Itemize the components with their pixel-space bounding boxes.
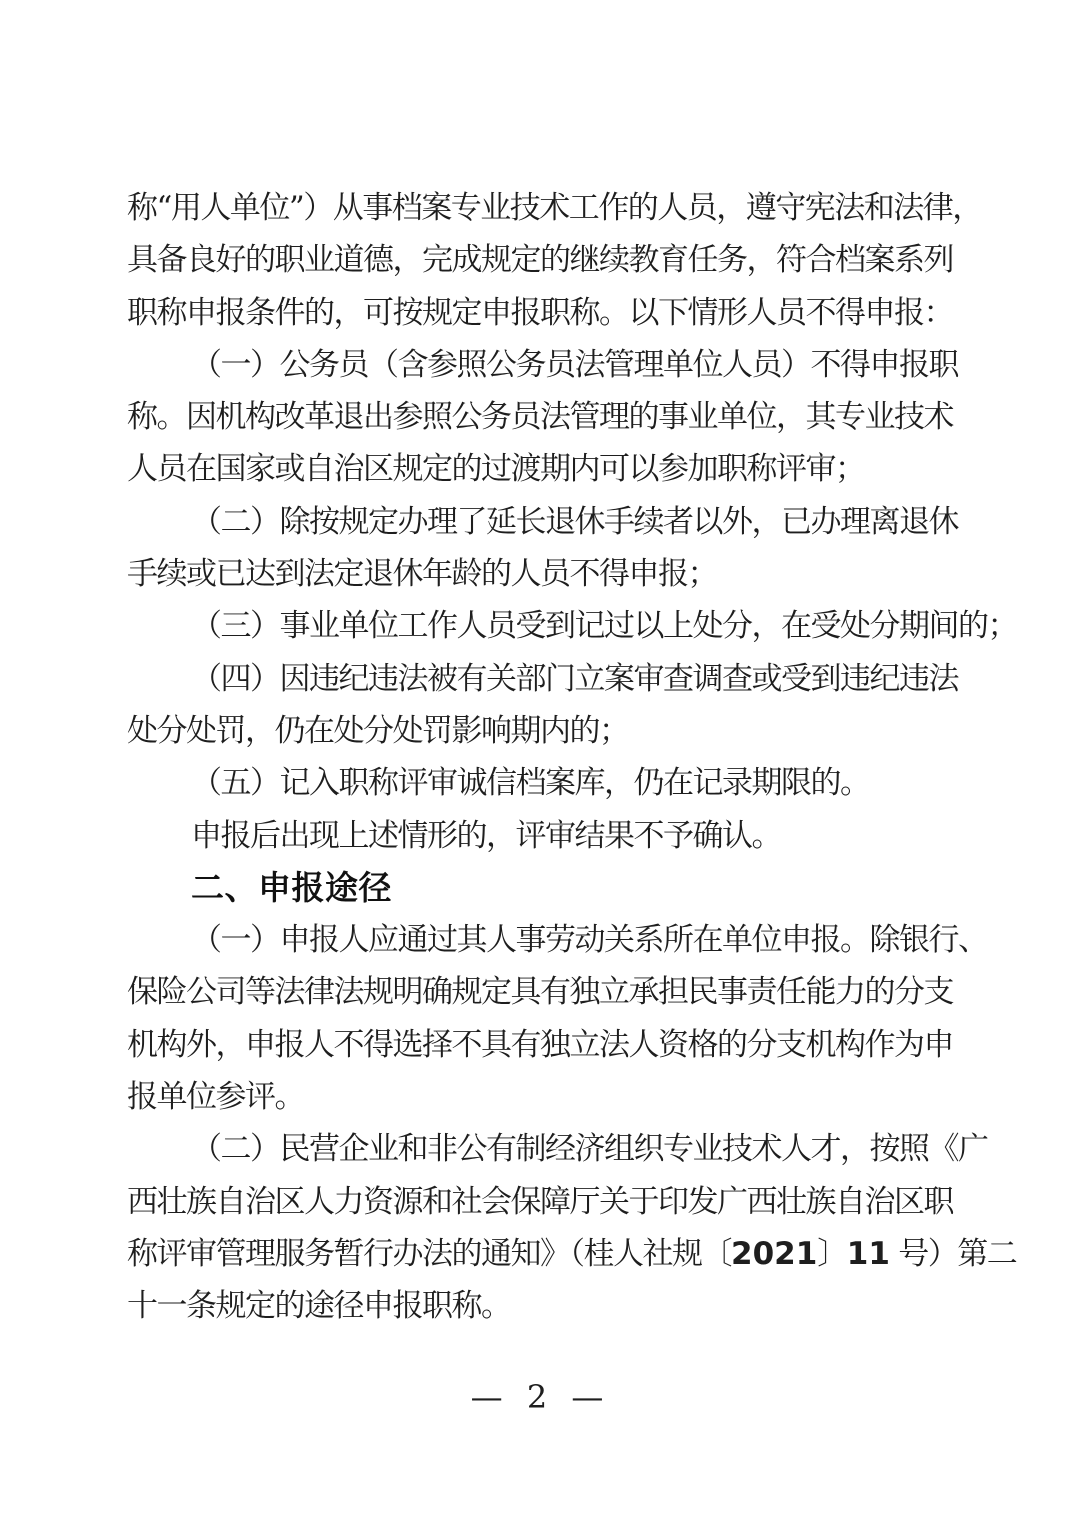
text-line: 手续或已达到法定退休年龄的人员不得申报； bbox=[127, 548, 950, 600]
text-line: （四）因违纪违法被有关部门立案审查调查或受到违纪违法 bbox=[127, 653, 950, 705]
text-line: 报单位参评。 bbox=[127, 1071, 950, 1123]
text-line: 称。因机构改革退出参照公务员法管理的事业单位，其专业技术 bbox=[127, 391, 950, 443]
text-line: （五）记入职称评审诚信档案库，仍在记录期限的。 bbox=[127, 757, 950, 809]
text-line: 职称申报条件的，可按规定申报职称。以下情形人员不得申报： bbox=[127, 287, 950, 339]
document-number-year: 2021 bbox=[731, 1236, 817, 1272]
text-segment: 号）第二 bbox=[890, 1236, 1016, 1272]
text-line: 保险公司等法律法规明确规定具有独立承担民事责任能力的分支 bbox=[127, 966, 950, 1018]
section-heading: 二、申报途径 bbox=[127, 862, 950, 914]
text-line: 西壮族自治区人力资源和社会保障厅关于印发广西壮族自治区职 bbox=[127, 1176, 950, 1228]
text-line: （一）申报人应通过其人事劳动关系所在单位申报。除银行、 bbox=[127, 914, 950, 966]
text-line: 申报后出现上述情形的，评审结果不予确认。 bbox=[127, 810, 950, 862]
text-line: （三）事业单位工作人员受到记过以上处分，在受处分期间的； bbox=[127, 600, 950, 652]
text-line: 人员在国家或自治区规定的过渡期内可以参加职称评审； bbox=[127, 443, 950, 495]
text-segment: 〕 bbox=[817, 1236, 847, 1272]
text-segment: 称评审管理服务暂行办法的通知》（桂人社规〔 bbox=[127, 1236, 731, 1272]
text-line: 称评审管理服务暂行办法的通知》（桂人社规〔2021〕11 号）第二 bbox=[127, 1228, 950, 1280]
text-line: 具备良好的职业道德，完成规定的继续教育任务，符合档案系列 bbox=[127, 234, 950, 286]
text-line: （二）除按规定办理了延长退休手续者以外，已办理离退休 bbox=[127, 496, 950, 548]
text-line: 处分处罚，仍在处分处罚影响期内的； bbox=[127, 705, 950, 757]
text-line: 称“用人单位”）从事档案专业技术工作的人员，遵守宪法和法律， bbox=[127, 182, 950, 234]
page-number: — 2 — bbox=[0, 1378, 1074, 1416]
text-line: （二）民营企业和非公有制经济组织专业技术人才，按照《广 bbox=[127, 1123, 950, 1175]
document-body: 称“用人单位”）从事档案专业技术工作的人员，遵守宪法和法律， 具备良好的职业道德… bbox=[127, 182, 950, 1333]
text-line: 机构外，申报人不得选择不具有独立法人资格的分支机构作为申 bbox=[127, 1019, 950, 1071]
document-page: 称“用人单位”）从事档案专业技术工作的人员，遵守宪法和法律， 具备良好的职业道德… bbox=[0, 0, 1074, 1520]
document-number-issue: 11 bbox=[847, 1236, 890, 1272]
text-line: （一）公务员（含参照公务员法管理单位人员）不得申报职 bbox=[127, 339, 950, 391]
text-line: 十一条规定的途径申报职称。 bbox=[127, 1280, 950, 1332]
